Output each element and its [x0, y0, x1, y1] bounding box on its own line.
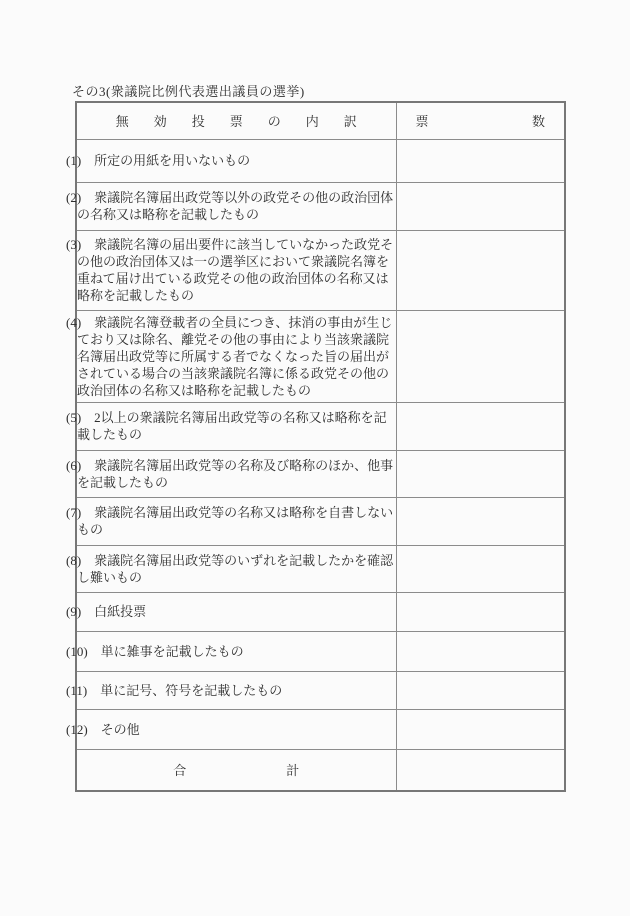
row-number: (10) [66, 644, 88, 659]
row-text: 単に記号、符号を記載したもの [100, 683, 282, 698]
vote-count-cell [396, 139, 565, 182]
row-text: 白紙投票 [94, 604, 146, 619]
header-breakdown: 無効投票の内訳 [76, 102, 396, 139]
row-text: 衆議院名簿届出政党等以外の政党その他の政治団体 の名称又は略称を記載したもの [77, 190, 393, 222]
table-row: (8)衆議院名簿届出政党等のいずれを記載したかを確認 し難いもの [76, 545, 565, 592]
row-text: 所定の用紙を用いないもの [94, 153, 250, 168]
vote-count-cell [396, 709, 565, 749]
row-number: (1) [66, 153, 81, 168]
vote-count-cell [396, 402, 565, 450]
total-label-cell: 合 計 [76, 749, 396, 791]
vote-count-cell [396, 545, 565, 592]
header-count-label-right: 数 [532, 111, 545, 130]
row-text: 単に雑事を記載したもの [101, 644, 244, 659]
total-row: 合 計 [76, 749, 565, 791]
doc-title: その3(衆議院比例代表選出議員の選挙) [72, 84, 305, 100]
row-text: 衆議院名簿の届出要件に該当していなかった政党そ の他の政治団体又は一の選挙区にお… [77, 237, 393, 303]
vote-count-cell [396, 450, 565, 497]
table-row: (4)衆議院名簿登載者の全員につき、抹消の事由が生じ ており又は除名、離党その他… [76, 310, 565, 402]
total-label-left: 合 [173, 760, 186, 779]
vote-count-cell [396, 230, 565, 310]
header-count: 票 数 [396, 102, 565, 139]
table-row: (7)衆議院名簿届出政党等の名称又は略称を自書しない もの [76, 497, 565, 545]
total-label-right: 計 [286, 760, 299, 779]
row-number: (3) [66, 237, 81, 252]
table-row: (6)衆議院名簿届出政党等の名称及び略称のほか、他事 を記載したもの [76, 450, 565, 497]
vote-count-cell [396, 671, 565, 709]
row-number: (9) [66, 604, 81, 619]
vote-count-cell [396, 631, 565, 671]
row-text: 衆議院名簿登載者の全員につき、抹消の事由が生じ ており又は除名、離党その他の事由… [77, 315, 392, 398]
table-row: (12)その他 [76, 709, 565, 749]
row-text: 衆議院名簿届出政党等の名称及び略称のほか、他事 を記載したもの [77, 458, 393, 490]
header-breakdown-label: 無効投票の内訳 [116, 114, 382, 129]
vote-count-cell [396, 182, 565, 230]
row-number: (5) [66, 410, 81, 425]
vote-count-cell [396, 592, 565, 631]
row-text: 衆議院名簿届出政党等のいずれを記載したかを確認 し難いもの [77, 553, 393, 585]
row-text: 衆議院名簿届出政党等の名称又は略称を自書しない もの [77, 505, 393, 537]
row-number: (8) [66, 553, 81, 568]
document-page: その3(衆議院比例代表選出議員の選挙) 無効投票の内訳 票 数 (1)所定の用紙… [0, 0, 630, 916]
header-count-label-left: 票 [416, 111, 429, 130]
row-number: (11) [66, 683, 87, 698]
invalid-votes-table: 無効投票の内訳 票 数 (1)所定の用紙を用いないもの (2)衆議院名簿届出政党… [75, 101, 566, 792]
row-text: 2以上の衆議院名簿届出政党等の名称又は略称を記 載したもの [77, 410, 387, 442]
table-row: (2)衆議院名簿届出政党等以外の政党その他の政治団体 の名称又は略称を記載したも… [76, 182, 565, 230]
vote-count-cell [396, 497, 565, 545]
row-number: (7) [66, 505, 81, 520]
row-number: (4) [66, 315, 81, 330]
table-row: (11)単に記号、符号を記載したもの [76, 671, 565, 709]
total-count-cell [396, 749, 565, 791]
table-row: (9)白紙投票 [76, 592, 565, 631]
table-row: (10)単に雑事を記載したもの [76, 631, 565, 671]
row-number: (6) [66, 458, 81, 473]
row-text: その他 [101, 722, 140, 737]
table-row: (5)2以上の衆議院名簿届出政党等の名称又は略称を記 載したもの [76, 402, 565, 450]
table-header-row: 無効投票の内訳 票 数 [76, 102, 565, 139]
row-number: (12) [66, 722, 88, 737]
row-number: (2) [66, 190, 81, 205]
table-row: (1)所定の用紙を用いないもの [76, 139, 565, 182]
table-row: (3)衆議院名簿の届出要件に該当していなかった政党そ の他の政治団体又は一の選挙… [76, 230, 565, 310]
vote-count-cell [396, 310, 565, 402]
